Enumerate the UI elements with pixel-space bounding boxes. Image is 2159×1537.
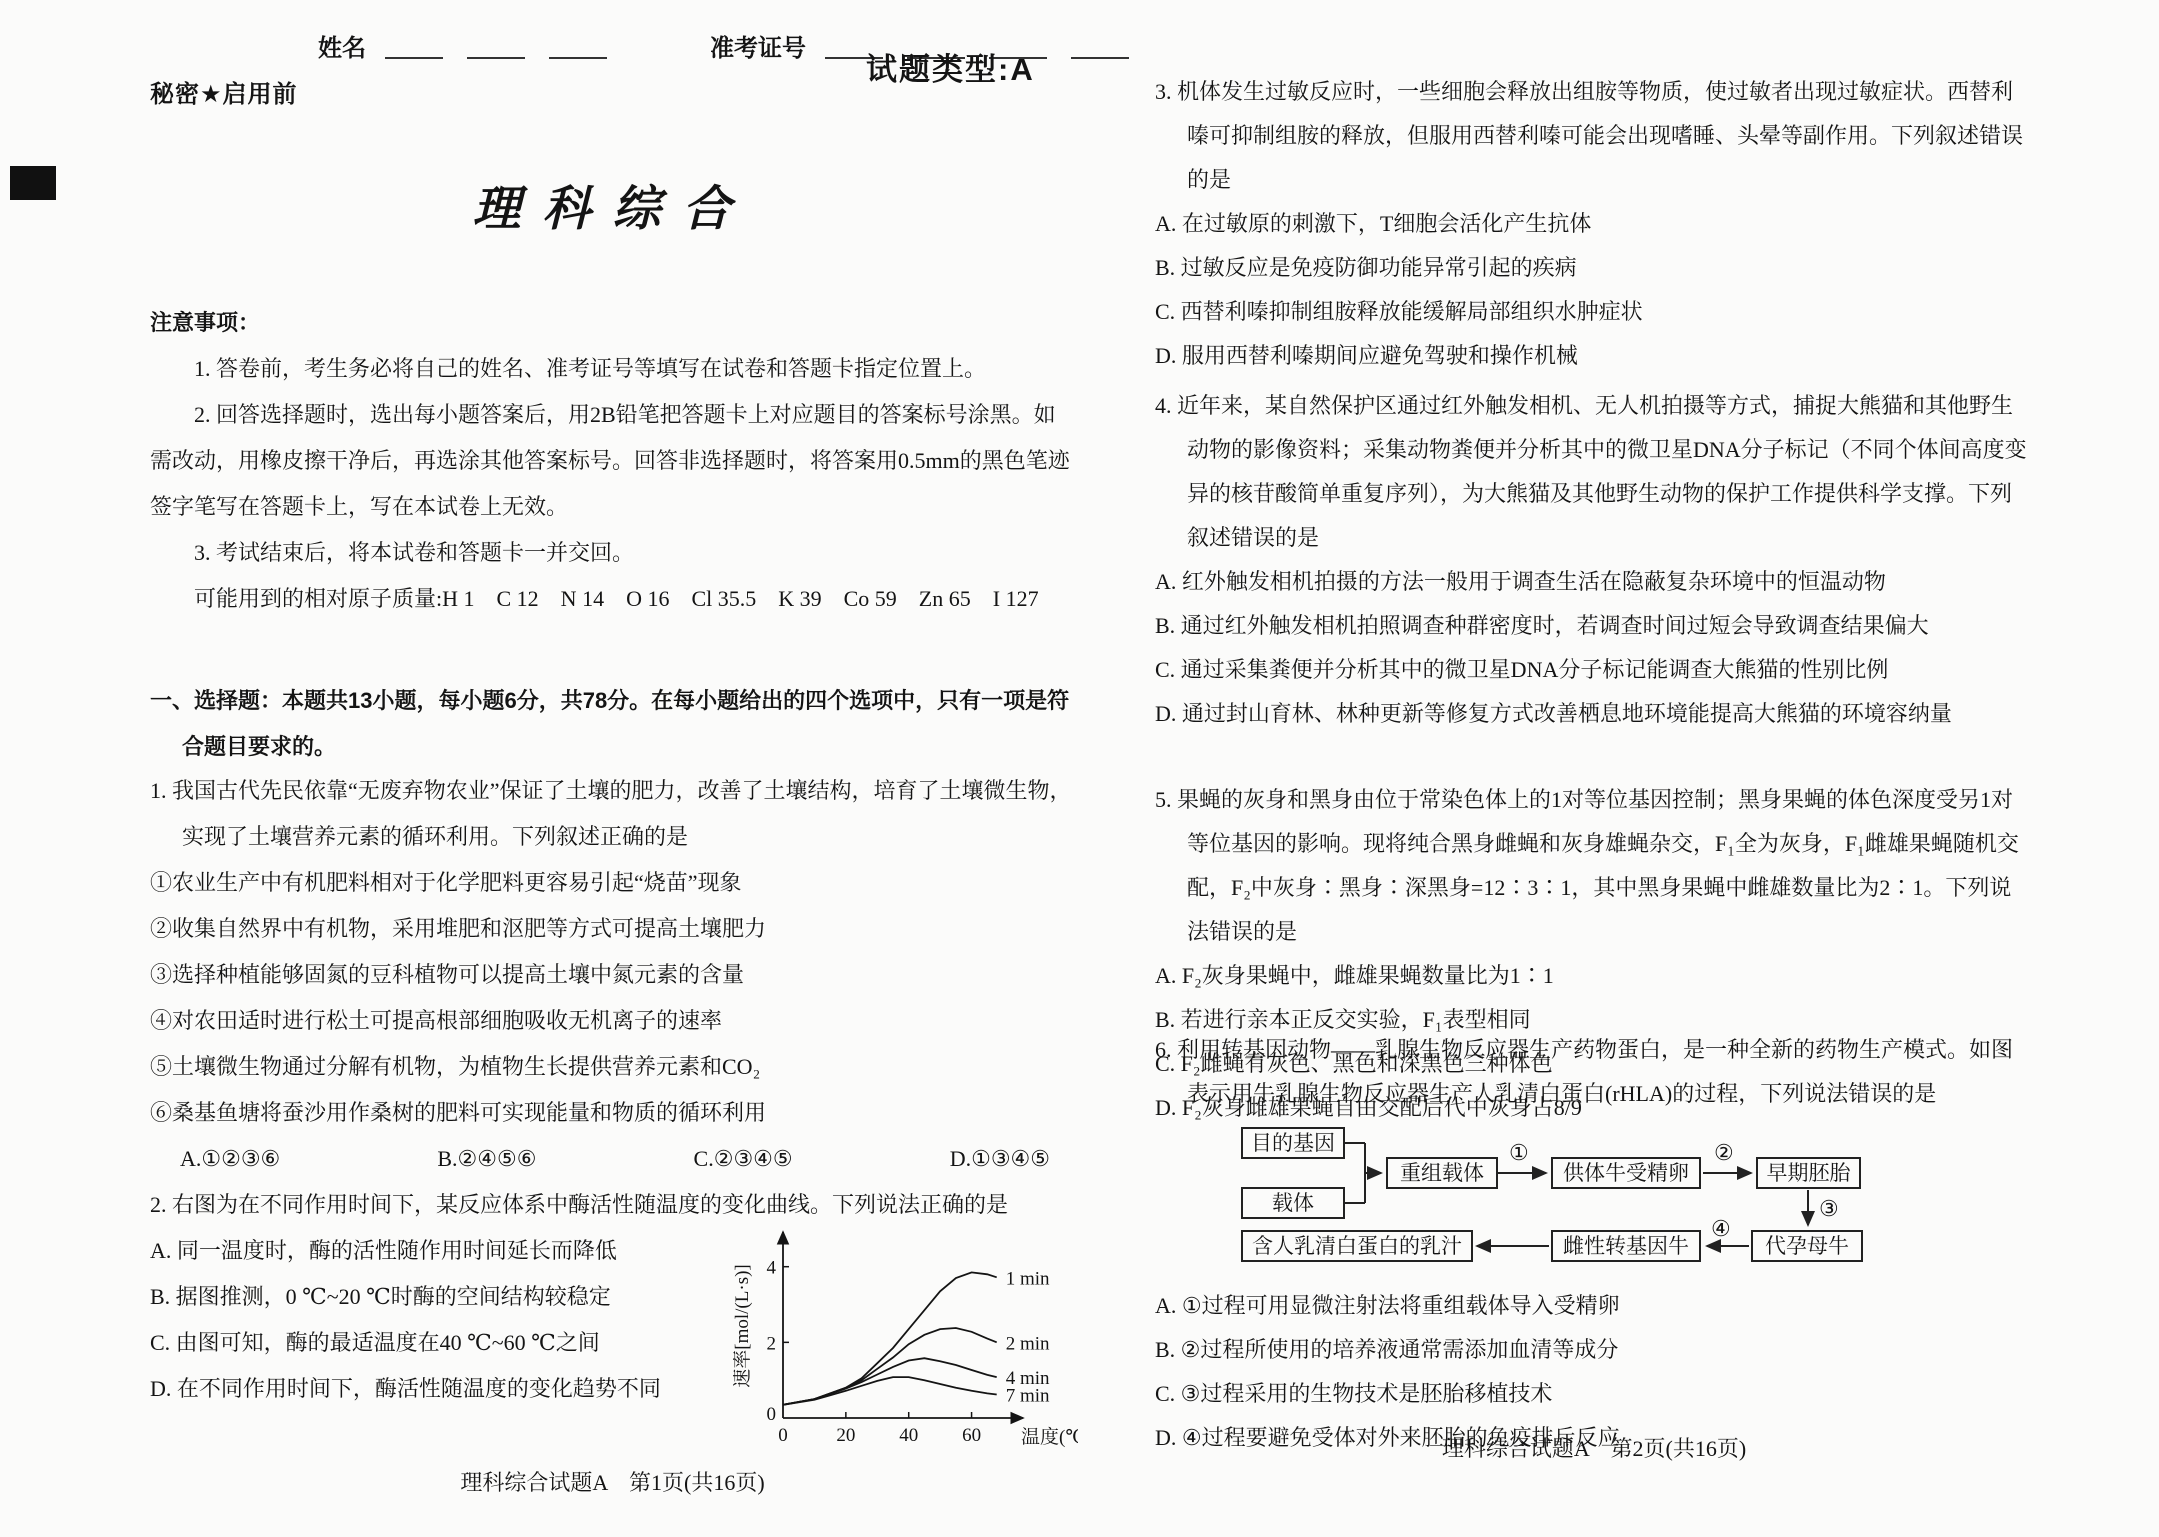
ticket-label: 准考证号 xyxy=(710,28,806,63)
svg-text:温度(℃): 温度(℃) xyxy=(1021,1426,1078,1448)
option-a: A. F₂灰身果蝇中，雌雄果蝇数量比为1∶1 xyxy=(1155,954,2033,998)
option-row: A.①②③⑥ B.②④⑤⑥ C.②③④⑤ D.①③④⑤ xyxy=(180,1136,1050,1182)
question-stem: 4. 近年来，某自然保护区通过红外触发相机、无人机拍摄等方式，捕捉大熊猫和其他野… xyxy=(1155,384,2033,560)
exam-paper-scan: 姓名 准考证号 试题类型:A 秘密★启用前 理科综合 注意事项： 1. 答卷前，… xyxy=(0,0,2159,1537)
notice-item: 2. 回答选择题时，选出每小题答案后，用2B铅笔把答题卡上对应题目的答案标号涂黑… xyxy=(150,392,1072,530)
svg-text:2: 2 xyxy=(767,1333,777,1354)
secrecy-label: 秘密★启用前 xyxy=(150,74,298,109)
subitem-1: ①农业生产中有机肥料相对于化学肥料更容易引起“烧苗”现象 xyxy=(150,860,1072,906)
flow-step-2: ② xyxy=(1714,1142,1734,1164)
flow-step-1: ① xyxy=(1509,1142,1529,1164)
question-stem: 6. 利用转基因动物——乳腺生物反应器生产药物蛋白，是一种全新的药物生产模式。如… xyxy=(1155,1028,2033,1116)
svg-text:速率[mol/(L·s)]: 速率[mol/(L·s)] xyxy=(733,1264,753,1387)
option-c: C.②③④⑤ xyxy=(694,1136,793,1182)
flow-step-3: ③ xyxy=(1819,1198,1839,1220)
name-blank-line xyxy=(549,56,607,59)
flow-box-milk: 含人乳清白蛋白的乳汁 xyxy=(1241,1230,1473,1262)
name-blank-line xyxy=(385,56,443,59)
option-b: B.②④⑤⑥ xyxy=(437,1136,536,1182)
svg-text:40: 40 xyxy=(899,1425,918,1446)
question-2: 2. 右图为在不同作用时间下，某反应体系中酶活性随温度的变化曲线。下列说法正确的… xyxy=(150,1182,1072,1472)
paper-type-label: 试题类型:A xyxy=(866,44,1035,89)
flow-step-4: ④ xyxy=(1711,1218,1731,1240)
subitem-3: ③选择种植能够固氮的豆科植物可以提高土壤中氮元素的含量 xyxy=(150,952,1072,998)
enzyme-activity-chart: 02040600241 min2 min4 min7 min温度(℃)速率[mo… xyxy=(733,1222,1078,1460)
subitem-4: ④对农田适时进行松土可提高根部细胞吸收无机离子的速率 xyxy=(150,998,1072,1044)
subitem-6: ⑥桑基鱼塘将蚕沙用作桑树的肥料可实现能量和物质的循环利用 xyxy=(150,1090,1072,1136)
svg-text:20: 20 xyxy=(836,1425,855,1446)
svg-text:2 min: 2 min xyxy=(1006,1333,1050,1354)
question-6: 6. 利用转基因动物——乳腺生物反应器生产药物蛋白，是一种全新的药物生产模式。如… xyxy=(1155,1028,2033,1460)
notices-heading: 注意事项： xyxy=(150,300,1072,346)
question-4: 4. 近年来，某自然保护区通过红外触发相机、无人机拍摄等方式，捕捉大熊猫和其他野… xyxy=(1155,384,2033,736)
svg-text:4: 4 xyxy=(767,1258,777,1279)
flow-box-transgenic-cow: 雌性转基因牛 xyxy=(1551,1230,1701,1262)
svg-text:1 min: 1 min xyxy=(1006,1268,1050,1289)
notice-item: 3. 考试结束后，将本试卷和答题卡一并交回。 xyxy=(150,530,1072,576)
atomic-masses-line: 可能用到的相对原子质量:H 1 C 12 N 14 O 16 Cl 35.5 K… xyxy=(150,576,1072,622)
option-a: A. ①过程可用显微注射法将重组载体导入受精卵 xyxy=(1155,1284,2033,1328)
ticket-blank-line xyxy=(1071,56,1129,59)
flow-box-surrogate: 代孕母牛 xyxy=(1751,1230,1863,1262)
svg-text:0: 0 xyxy=(767,1404,777,1425)
option-a: A. 在过敏原的刺激下，T细胞会活化产生抗体 xyxy=(1155,202,2033,246)
option-b: B. 通过红外触发相机拍照调查种群密度时，若调查时间过短会导致调查结果偏大 xyxy=(1155,604,2033,648)
flow-box-target-gene: 目的基因 xyxy=(1241,1127,1345,1159)
notice-item: 1. 答卷前，考生务必将自己的姓名、准考证号等填写在试卷和答题卡指定位置上。 xyxy=(150,346,1072,392)
option-c: C. 西替利嗪抑制组胺释放能缓解局部组织水肿症状 xyxy=(1155,290,2033,334)
flow-box-embryo: 早期胚胎 xyxy=(1756,1157,1861,1189)
question-1: 1. 我国古代先民依靠“无废弃物农业”保证了土壤的肥力，改善了土壤结构，培育了土… xyxy=(150,768,1072,1182)
svg-text:0: 0 xyxy=(778,1425,788,1446)
footer-page-2: 理科综合试题A 第2页(共16页) xyxy=(1155,1432,2033,1463)
subitem-5: ⑤土壤微生物通过分解有机物，为植物生长提供营养元素和CO₂ xyxy=(150,1044,1072,1090)
footer-page-1: 理科综合试题A 第1页(共16页) xyxy=(150,1466,1075,1497)
scan-registration-mark xyxy=(10,166,56,200)
question-3: 3. 机体发生过敏反应时，一些细胞会释放出组胺等物质，使过敏者出现过敏症状。西替… xyxy=(1155,70,2033,378)
name-blank-line xyxy=(467,56,525,59)
subitem-2: ②收集自然界中有机物，采用堆肥和沤肥等方式可提高土壤肥力 xyxy=(150,906,1072,952)
section-1-heading: 一、选择题：本题共13小题，每小题6分，共78分。在每小题给出的四个选项中，只有… xyxy=(150,678,1072,770)
question-stem: 5. 果蝇的灰身和黑身由位于常染色体上的1对等位基因控制；黑身果蝇的体色深度受另… xyxy=(1155,778,2033,954)
option-a: A.①②③⑥ xyxy=(180,1136,280,1182)
question-stem: 1. 我国古代先民依靠“无废弃物农业”保证了土壤的肥力，改善了土壤结构，培育了土… xyxy=(150,768,1072,860)
option-b: B. ②过程所使用的培养液通常需添加血清等成分 xyxy=(1155,1328,2033,1372)
option-b: B. 过敏反应是免疫防御功能异常引起的疾病 xyxy=(1155,246,2033,290)
name-label: 姓名 xyxy=(318,28,366,63)
option-a: A. 红外触发相机拍摄的方法一般用于调查生活在隐蔽复杂环境中的恒温动物 xyxy=(1155,560,2033,604)
page-title: 理科综合 xyxy=(150,170,1075,239)
option-d: D. 通过封山育林、林种更新等修复方式改善栖息地环境能提高大熊猫的环境容纳量 xyxy=(1155,692,2033,736)
line-chart: 02040600241 min2 min4 min7 min温度(℃)速率[mo… xyxy=(733,1222,1078,1460)
option-d: D. 服用西替利嗪期间应避免驾驶和操作机械 xyxy=(1155,334,2033,378)
svg-text:60: 60 xyxy=(962,1425,981,1446)
flow-box-vector: 载体 xyxy=(1241,1187,1345,1219)
transgenic-cow-flowchart: 目的基因 载体 重组载体 供体牛受精卵 早期胚胎 代孕母牛 雌性转基因牛 含人乳… xyxy=(1241,1126,1881,1276)
flow-box-egg: 供体牛受精卵 xyxy=(1551,1157,1701,1189)
option-d: D.①③④⑤ xyxy=(950,1136,1050,1182)
flow-box-recombinant: 重组载体 xyxy=(1386,1157,1498,1189)
svg-text:7 min: 7 min xyxy=(1006,1386,1050,1407)
question-stem: 3. 机体发生过敏反应时，一些细胞会释放出组胺等物质，使过敏者出现过敏症状。西替… xyxy=(1155,70,2033,202)
notices-section: 注意事项： 1. 答卷前，考生务必将自己的姓名、准考证号等填写在试卷和答题卡指定… xyxy=(150,300,1072,622)
option-c: C. ③过程采用的生物技术是胚胎移植技术 xyxy=(1155,1372,2033,1416)
option-c: C. 通过采集粪便并分析其中的微卫星DNA分子标记能调查大熊猫的性别比例 xyxy=(1155,648,2033,692)
